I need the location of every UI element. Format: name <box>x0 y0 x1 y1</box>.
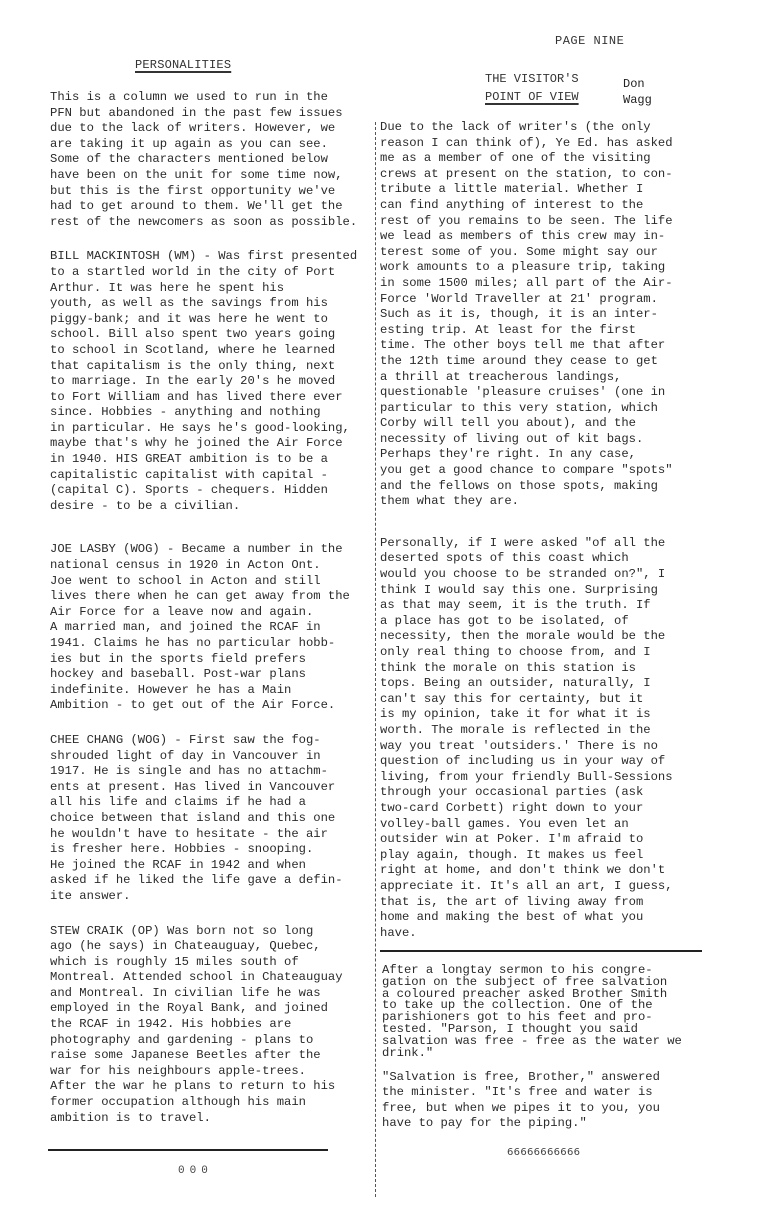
personalities-intro: This is a column we used to run in the P… <box>50 90 368 230</box>
profile-stew-craik: STEW CRAIK (OP) Was born not so long ago… <box>50 924 368 1127</box>
page-number: PAGE NINE <box>555 34 624 48</box>
visitors-column: THE VISITOR'S POINT OF VIEW Don Wagg Due… <box>380 70 705 960</box>
visitors-title-line1: THE VISITOR'S <box>485 70 579 88</box>
visitor-paragraph-1: Due to the lack of writer's (the only re… <box>380 120 705 510</box>
author-first-name: Don <box>623 76 652 92</box>
right-column-divider <box>380 950 702 952</box>
joke-punchline: "Salvation is free, Brother," answered t… <box>382 1070 707 1132</box>
author-byline: Don Wagg <box>623 76 652 108</box>
right-end-mark: 66666666666 <box>507 1147 580 1158</box>
left-end-mark: 000 <box>178 1165 213 1177</box>
joke-setup: After a longtay sermon to his congre- ga… <box>382 965 707 1059</box>
profile-chee-chang: CHEE CHANG (WOG) - First saw the fog- sh… <box>50 733 368 905</box>
newsletter-page: PAGE NINE PERSONALITIES This is a column… <box>0 0 763 1216</box>
profile-bill-mackintosh: BILL MACKINTOSH (WM) - Was first present… <box>50 249 368 514</box>
visitors-title: THE VISITOR'S POINT OF VIEW <box>485 70 579 106</box>
column-separator <box>375 122 376 1197</box>
personalities-column: PERSONALITIES This is a column we used t… <box>50 58 368 1145</box>
author-last-name: Wagg <box>623 92 652 108</box>
visitors-header: THE VISITOR'S POINT OF VIEW Don Wagg <box>485 70 705 110</box>
profile-joe-lasby: JOE LASBY (WOG) - Became a number in the… <box>50 542 368 714</box>
personalities-title: PERSONALITIES <box>135 58 368 72</box>
left-column-divider <box>48 1149 328 1151</box>
visitors-title-line2: POINT OF VIEW <box>485 88 579 106</box>
visitor-paragraph-2: Personally, if I were asked "of all the … <box>380 536 705 941</box>
